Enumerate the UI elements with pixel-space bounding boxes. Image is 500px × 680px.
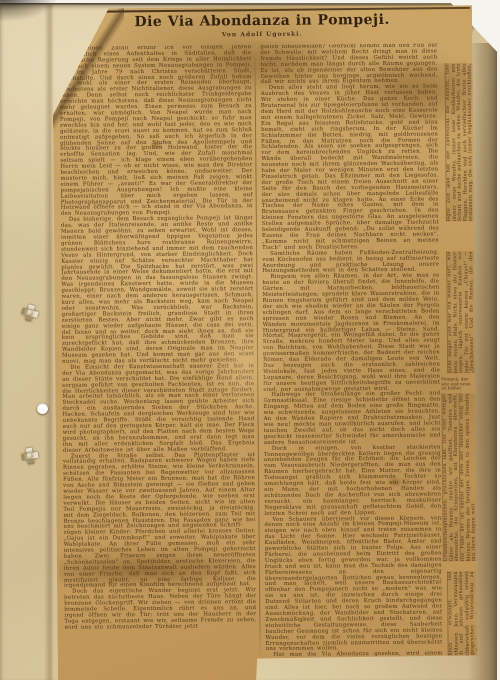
text-column-left: Durch einen Zufall erfuhr ich vor einige… bbox=[59, 45, 257, 679]
paragraph: Durch einen Zufall erfuhr ich vor einige… bbox=[59, 45, 252, 218]
rotated-text-segment: Die Fülle der ist nächst der dem der Bes… bbox=[458, 393, 476, 561]
text-column-right: gleich hinausweisen? Gedrückt hemmt man … bbox=[260, 43, 442, 657]
rotated-text: legte Zeit also hat die Zuversicht die A… bbox=[445, 63, 473, 221]
paper-crease bbox=[44, 3, 54, 680]
paragraph: zügen kleiner Kinder: Pferdchen und alle… bbox=[64, 529, 257, 590]
rotated-text-segment: nicht langer Zeit war ich wieder dort, w… bbox=[446, 251, 475, 373]
paragraph: Sämtliche Räume haben Fußboden-Zentralhe… bbox=[262, 250, 439, 275]
paragraph: Von Schauern überrieselt vor diesen Körp… bbox=[264, 516, 442, 653]
scanner-corner-smudge bbox=[0, 0, 64, 24]
rotated-text-segment: legte Zeit also hat die Zuversicht die A… bbox=[444, 63, 473, 221]
rotated-text: Urlaubsschauplätzchen, geschlichen läßt.… bbox=[442, 393, 458, 561]
article-title: Die Via Abondanza in Pompeji. bbox=[52, 11, 472, 31]
paragraph: Die Einsicht der Kunstwissenschaft unser… bbox=[62, 364, 255, 454]
rotated-text: mählich erschöpft. Teil erschlossen kann… bbox=[448, 571, 477, 663]
paragraph: Halbwegs der Straßenlänge ein großer Fec… bbox=[263, 392, 440, 447]
strip-caption: Pompeji, das alte und neue, ist bisher bbox=[441, 377, 474, 391]
paragraph: gleich hinausweisen? Gedrückt hemmt man … bbox=[260, 43, 437, 86]
folded-edge-strip: legte Zeit also hat die Zuversicht die A… bbox=[438, 55, 476, 671]
paragraph: Ringsum von allen Räumen, in der Art, wi… bbox=[262, 274, 440, 394]
paragraph: Doch in einigen, von kostbar stuckierten… bbox=[264, 445, 442, 517]
rotated-text: nicht langer Zeit war ich wieder dort, w… bbox=[447, 251, 475, 373]
paragraph: Zuerst die Straße selbst. Das Plattenpfl… bbox=[63, 453, 256, 531]
rotated-text-segment: Urlaubsschauplätzchen, geschlichen läßt.… bbox=[441, 393, 458, 561]
paragraph: Denn alles steht und liegt herum, wie si… bbox=[261, 85, 439, 252]
rotated-text: Die Fülle der ist nächst der dem der Bes… bbox=[459, 393, 476, 561]
rotated-text-segment: mählich erschöpft. Teil erschlossen kann… bbox=[447, 571, 477, 663]
paragraph: Das bisherige, dem Besuch zugängliche Po… bbox=[61, 216, 254, 365]
punch-hole bbox=[37, 403, 48, 414]
newspaper-clipping: Die Via Abondanza in Pompeji. Von Adolf … bbox=[52, 5, 478, 680]
paragraph: Doch das eigentliche Wunder beginnt erst… bbox=[64, 588, 256, 631]
punch-hole-brad bbox=[21, 447, 39, 465]
